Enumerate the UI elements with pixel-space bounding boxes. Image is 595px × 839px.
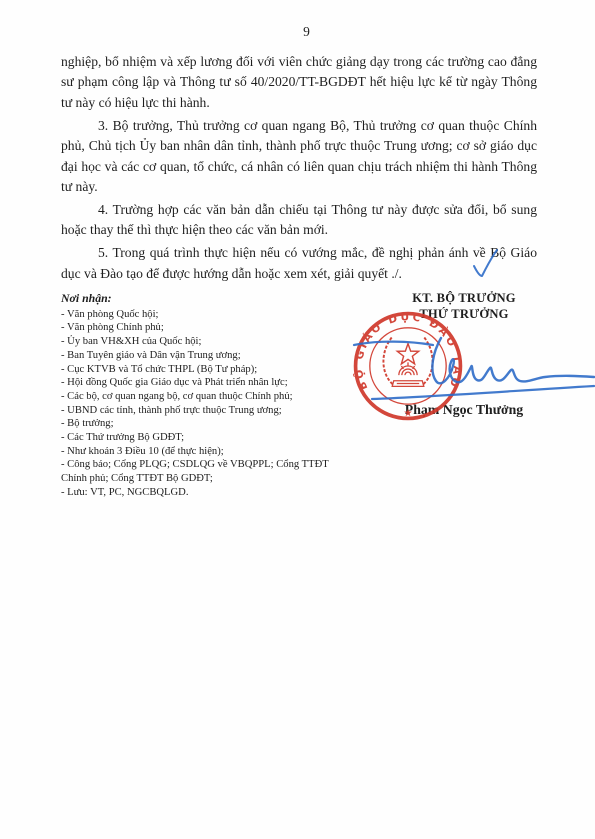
seal-wreath-right-icon bbox=[423, 337, 432, 384]
recipients-block: Nơi nhận: - Văn phòng Quốc hội; - Văn ph… bbox=[61, 292, 345, 500]
ministry-seal-stamp: BỘ GIÁO DỤC ĐÀO TẠO bbox=[352, 310, 464, 422]
seal-banner-icon bbox=[392, 381, 424, 387]
recipient-item: - UBND các tỉnh, thành phố trực thuộc Tr… bbox=[61, 404, 345, 418]
recipient-item: - Văn phòng Quốc hội; bbox=[61, 308, 345, 322]
recipient-item: - Công báo; Cổng PLQG; CSDLQG về VBQPPL;… bbox=[61, 458, 345, 485]
recipients-heading: Nơi nhận: bbox=[61, 292, 345, 306]
recipient-item: - Các bộ, cơ quan ngang bộ, cơ quan thuộ… bbox=[61, 390, 345, 404]
recipient-item: - Các Thứ trưởng Bộ GDĐT; bbox=[61, 431, 345, 445]
document-body: nghiệp, bổ nhiệm và xếp lương đối với vi… bbox=[61, 52, 537, 284]
recipient-item: - Cục KTVB và Tổ chức THPL (Bộ Tư pháp); bbox=[61, 363, 345, 377]
recipient-item: - Bộ trưởng; bbox=[61, 417, 345, 431]
seal-arc-text: BỘ GIÁO DỤC ĐÀO TẠO bbox=[352, 310, 464, 407]
seal-bottom-star-icon bbox=[404, 409, 412, 416]
page-number: 9 bbox=[9, 24, 595, 40]
clause-paragraph: 4. Trường hợp các văn bản dẫn chiếu tại … bbox=[61, 200, 537, 241]
clause-paragraph: 3. Bộ trưởng, Thủ trưởng cơ quan ngang B… bbox=[61, 116, 537, 198]
recipient-item: - Lưu: VT, PC, NGCBQLGD. bbox=[61, 486, 345, 500]
clause-list: 3. Bộ trưởng, Thủ trưởng cơ quan ngang B… bbox=[61, 116, 537, 284]
recipient-item: - Hội đồng Quốc gia Giáo dục và Phát tri… bbox=[61, 376, 345, 390]
recipient-item: - Văn phòng Chính phủ; bbox=[61, 321, 345, 335]
paragraph-continuation: nghiệp, bổ nhiệm và xếp lương đối với vi… bbox=[61, 52, 537, 113]
recipient-item: - Như khoản 3 Điều 10 (để thực hiện); bbox=[61, 445, 345, 459]
signature-title-line1: KT. BỘ TRƯỞNG bbox=[366, 290, 562, 306]
recipient-item: - Ban Tuyên giáo và Dân vận Trung ương; bbox=[61, 349, 345, 363]
clause-paragraph: 5. Trong quá trình thực hiện nếu có vướn… bbox=[61, 243, 537, 284]
seal-emblem-star-icon bbox=[397, 344, 418, 364]
recipient-item: - Ủy ban VH&XH của Quốc hội; bbox=[61, 335, 345, 349]
scanned-document-page: 9 nghiệp, bổ nhiệm và xếp lương đối với … bbox=[0, 0, 595, 839]
recipients-list: - Văn phòng Quốc hội; - Văn phòng Chính … bbox=[61, 308, 345, 500]
seal-wreath-left-icon bbox=[383, 337, 392, 384]
